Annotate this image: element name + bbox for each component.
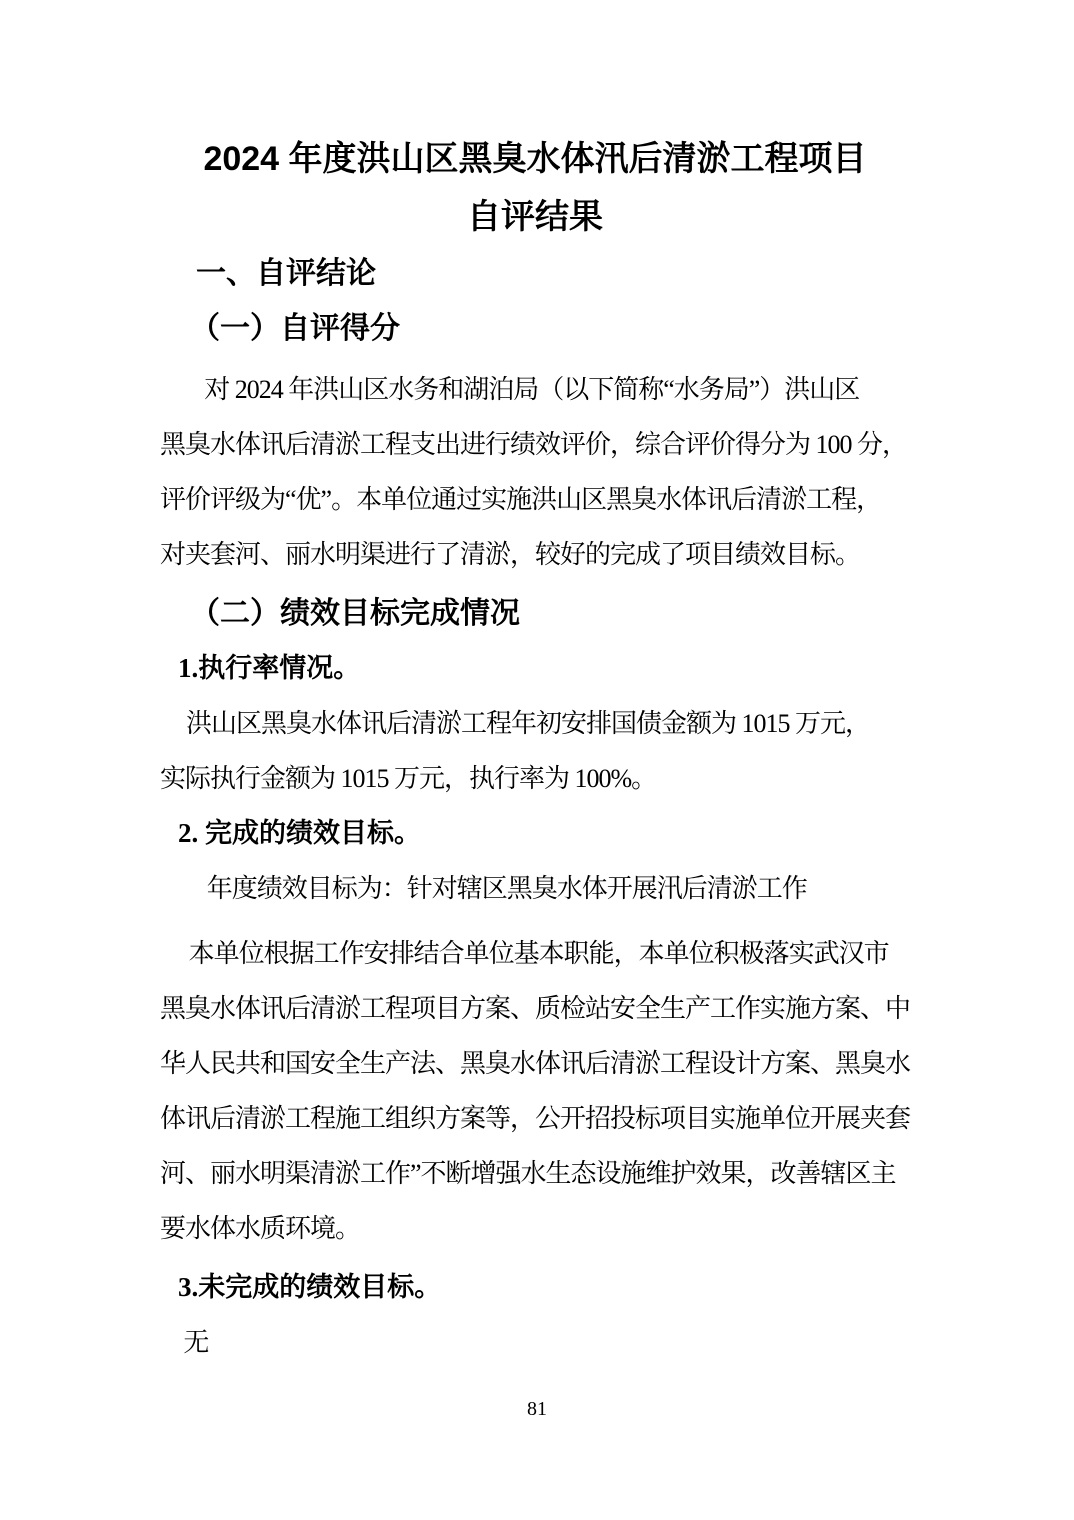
document-body: 一、自评结论（一）自评得分对 2024 年洪山区水务和湖泊局（以下简称“水务局”…	[160, 246, 910, 1370]
paragraph-line: 河、丽水明渠清淤工作”不断增强水生态设施维护效果，改善辖区主	[160, 1146, 910, 1201]
paragraph: 年度绩效目标为：针对辖区黑臭水体开展汛后清淤工作	[160, 861, 910, 916]
section-heading: （一）自评得分	[160, 301, 910, 356]
section-heading: 1.执行率情况。	[160, 641, 910, 696]
document-title: 2024 年度洪山区黑臭水体汛后清淤工程项目 自评结果	[160, 130, 910, 246]
paragraph-line: 洪山区黑臭水体讯后清淤工程年初安排国债金额为 1015 万元，	[160, 696, 910, 751]
section-heading: 3.未完成的绩效目标。	[160, 1260, 910, 1315]
document-page: 2024 年度洪山区黑臭水体汛后清淤工程项目 自评结果 一、自评结论（一）自评得…	[0, 0, 1074, 1520]
paragraph-line: 黑臭水体讯后清淤工程项目方案、质检站安全生产工作实施方案、中	[160, 981, 910, 1036]
paragraph: 对 2024 年洪山区水务和湖泊局（以下简称“水务局”）洪山区黑臭水体讯后清淤工…	[160, 362, 910, 582]
paragraph-line: 体讯后清淤工程施工组织方案等，公开招投标项目实施单位开展夹套	[160, 1091, 910, 1146]
paragraph-line: 评价评级为“优”。本单位通过实施洪山区黑臭水体讯后清淤工程，	[160, 472, 910, 527]
document-title-line-2: 自评结果	[160, 188, 910, 246]
paragraph-line: 本单位根据工作安排结合单位基本职能，本单位积极落实武汉市	[160, 926, 910, 981]
paragraph: 洪山区黑臭水体讯后清淤工程年初安排国债金额为 1015 万元，实际执行金额为 1…	[160, 696, 910, 806]
document-title-line-1: 2024 年度洪山区黑臭水体汛后清淤工程项目	[160, 130, 910, 188]
paragraph-line: 华人民共和国安全生产法、黑臭水体讯后清淤工程设计方案、黑臭水	[160, 1036, 910, 1091]
paragraph-line: 要水体水质环境。	[160, 1201, 910, 1256]
paragraph-line: 黑臭水体讯后清淤工程支出进行绩效评价，综合评价得分为 100 分，	[160, 417, 910, 472]
paragraph-line: 对夹套河、丽水明渠进行了清淤，较好的完成了项目绩效目标。	[160, 527, 910, 582]
paragraph: 本单位根据工作安排结合单位基本职能，本单位积极落实武汉市黑臭水体讯后清淤工程项目…	[160, 926, 910, 1256]
paragraph-line: 无	[160, 1315, 910, 1370]
paragraph-line: 年度绩效目标为：针对辖区黑臭水体开展汛后清淤工作	[160, 861, 910, 916]
document-content: 2024 年度洪山区黑臭水体汛后清淤工程项目 自评结果 一、自评结论（一）自评得…	[0, 0, 1074, 1370]
paragraph-line: 对 2024 年洪山区水务和湖泊局（以下简称“水务局”）洪山区	[160, 362, 910, 417]
section-heading: 一、自评结论	[160, 246, 910, 301]
paragraph-line: 实际执行金额为 1015 万元，执行率为 100%。	[160, 751, 910, 806]
section-heading: （二）绩效目标完成情况	[160, 586, 910, 641]
page-number: 81	[0, 1398, 1074, 1421]
section-heading: 2. 完成的绩效目标。	[160, 806, 910, 861]
paragraph: 无	[160, 1315, 910, 1370]
